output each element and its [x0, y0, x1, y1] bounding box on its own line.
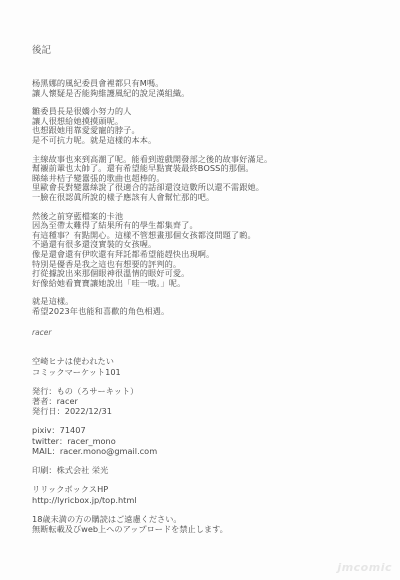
- afterword-title: 後記: [32, 45, 372, 57]
- colophon-publisher-block: 発行：もの（ろサーキット） 著者：racer 発行日：2022/12/31: [32, 386, 372, 417]
- document-page: 後記 杨黑娜的風紀委員會裡都只有M嗎。 讓人懷疑是否能夠維護風紀的說足漢組織。 …: [0, 0, 400, 580]
- paragraph-5: 就是這樣。 希望2023年也能和喜歡的角色相遇。: [32, 297, 372, 316]
- author-signature: racer: [32, 328, 372, 338]
- age-notice: 18歳未満の方の購読はご遠慮ください。: [32, 514, 372, 524]
- twitter-handle: twitter：racer_mono: [32, 436, 372, 446]
- event-name: コミックマーケット101: [32, 367, 372, 377]
- afterword-column: 後記 杨黑娜的風紀委員會裡都只有M嗎。 讓人懷疑是否能夠維護風紀的說足漢組織。 …: [32, 45, 372, 543]
- colophon-notice-block: 18歳未満の方の購読はご遠慮ください。 無断転載及びweb上へのアップロードを禁…: [32, 514, 372, 534]
- author: 著者：racer: [32, 396, 372, 406]
- paragraph-4: 然後之前穿藍檔案的卡池 因為至帶太難得了結果所有的學生都集齊了。 有這種事？有點…: [32, 212, 372, 289]
- paragraph-1: 杨黑娜的風紀委員會裡都只有M嗎。 讓人懷疑是否能夠維護風紀的說足漢組織。: [32, 79, 372, 98]
- publisher: 発行：もの（ろサーキット）: [32, 386, 372, 396]
- text-line: 希望2023年也能和喜歡的角色相遇。: [32, 307, 372, 317]
- paragraph-3: 主線故事也來到高潮了呢。能看到遊戲開發部之後的故事好滿足。 幫襯前輩也太帥了。還…: [32, 155, 372, 203]
- pixiv-id: pixiv：71407: [32, 425, 372, 435]
- text-line: 是不可抗力呢。就是這樣的本本。: [32, 136, 372, 146]
- text-line: 讓人懷疑是否能夠維護風紀的說足漢組織。: [32, 89, 372, 99]
- paragraph-2: 雛委員長是很嬌小努力的人 讓人很想給她摸摸頭呢。 也想跟她用靠愛愛寵的脖子。 是…: [32, 107, 372, 145]
- email-address: MAIL：racer.mono@gmail.com: [32, 446, 372, 456]
- site-watermark: jmcomic: [337, 561, 392, 574]
- colophon-title-block: 空崎ヒナは使われたい コミックマーケット101: [32, 356, 372, 376]
- upload-notice: 無断転載及びweb上へのアップロードを禁止します。: [32, 524, 372, 534]
- colophon-website-block: リリックボックスHP http://lyricbox.jp/top.html: [32, 484, 372, 504]
- text-line: 一臉在很認眞所說的樣子應該有人會幫忙那的吧。: [32, 193, 372, 203]
- publish-date: 発行日：2022/12/31: [32, 406, 372, 416]
- text-line: 好像給她看寶寶讓她說出「哇一哦。」呢。: [32, 279, 372, 289]
- printer: 印刷：株式会社 栄光: [32, 465, 372, 475]
- colophon-contact-block: pixiv：71407 twitter：racer_mono MAIL：race…: [32, 425, 372, 456]
- book-title: 空崎ヒナは使われたい: [32, 356, 372, 366]
- colophon-printer-block: 印刷：株式会社 栄光: [32, 465, 372, 475]
- website-url: http://lyricbox.jp/top.html: [32, 495, 372, 505]
- website-label: リリックボックスHP: [32, 484, 372, 494]
